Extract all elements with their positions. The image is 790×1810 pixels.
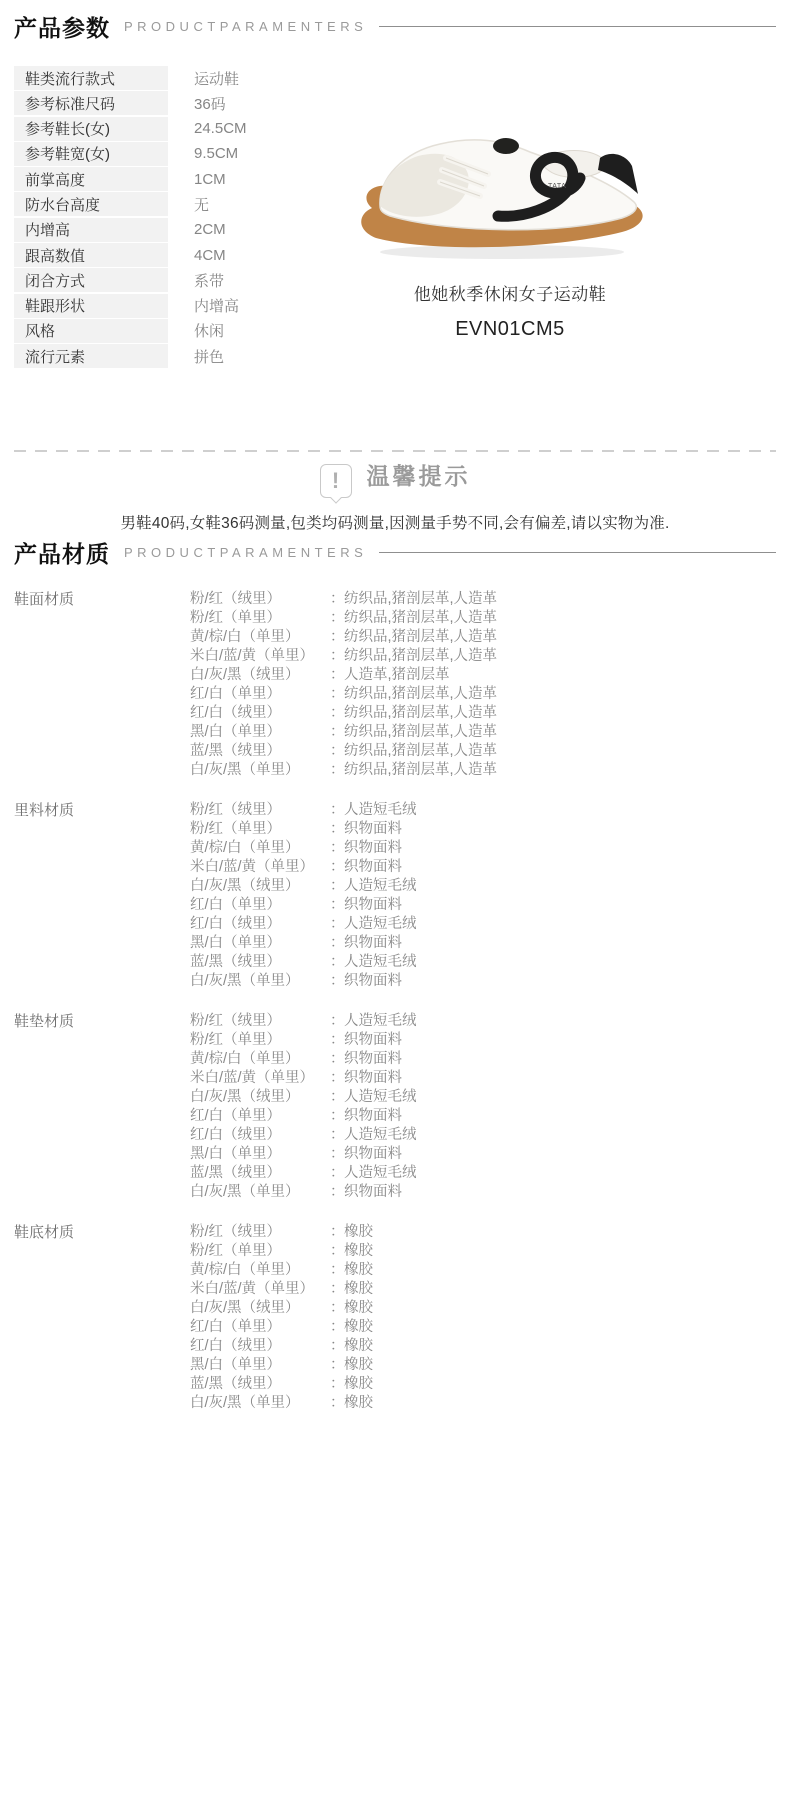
- colon-separator: ：: [330, 761, 344, 780]
- param-value: 24.5CM: [194, 117, 247, 141]
- material-colorway: 黑/白（单里）: [190, 1356, 330, 1375]
- material-rows: 粉/红（绒里） ： 橡胶 粉/红（单里） ： 橡胶 黄/棕/白（单里）: [190, 1223, 790, 1413]
- colon-separator: ：: [330, 1012, 344, 1031]
- colon-separator: ：: [330, 1069, 344, 1088]
- material-value: 织物面料: [344, 1183, 402, 1202]
- param-label: 参考鞋长(女): [14, 117, 168, 141]
- colon-separator: ：: [330, 877, 344, 896]
- speech-bubble-tail: [330, 492, 341, 503]
- material-colorway: 白/灰/黑（绒里）: [190, 1088, 330, 1107]
- params-section-title: 产品参数: [14, 10, 110, 43]
- material-value: 织物面料: [344, 896, 402, 915]
- param-value: 1CM: [194, 167, 226, 191]
- material-colorway: 米白/蓝/黄（单里）: [190, 647, 330, 666]
- param-row: 流行元素 拼色: [14, 344, 500, 368]
- material-colorway: 红/白（绒里）: [190, 704, 330, 723]
- material-colorway: 红/白（绒里）: [190, 915, 330, 934]
- colon-separator: ：: [330, 723, 344, 742]
- material-row: 红/白（绒里） ： 人造短毛绒: [190, 915, 790, 934]
- material-colorway: 白/灰/黑（单里）: [190, 761, 330, 780]
- param-value: 拼色: [194, 344, 224, 368]
- material-row: 蓝/黑（绒里） ： 纺织品,猪剖层革,人造革: [190, 742, 790, 761]
- material-colorway: 粉/红（绒里）: [190, 590, 330, 609]
- colon-separator: ：: [330, 1126, 344, 1145]
- material-rows: 粉/红（绒里） ： 人造短毛绒 粉/红（单里） ： 织物面料 黄/棕/白（单里）: [190, 801, 790, 991]
- colon-separator: ：: [330, 915, 344, 934]
- param-value: 36码: [194, 91, 226, 115]
- colon-separator: ：: [330, 1031, 344, 1050]
- param-value: 9.5CM: [194, 142, 238, 166]
- colon-separator: ：: [330, 1280, 344, 1299]
- material-value: 纺织品,猪剖层革,人造革: [344, 704, 497, 723]
- colon-separator: ：: [330, 1088, 344, 1107]
- material-row: 粉/红（绒里） ： 人造短毛绒: [190, 1012, 790, 1031]
- material-value: 织物面料: [344, 934, 402, 953]
- material-value: 纺织品,猪剖层革,人造革: [344, 742, 497, 761]
- colon-separator: ：: [330, 1337, 344, 1356]
- colon-separator: ：: [330, 1050, 344, 1069]
- colon-separator: ：: [330, 1394, 344, 1413]
- material-row: 黑/白（单里） ： 纺织品,猪剖层革,人造革: [190, 723, 790, 742]
- material-value: 纺织品,猪剖层革,人造革: [344, 590, 497, 609]
- header-rule-line: [379, 552, 776, 553]
- material-colorway: 蓝/黑（绒里）: [190, 742, 330, 761]
- material-row: 蓝/黑（绒里） ： 人造短毛绒: [190, 1164, 790, 1183]
- param-value: 内增高: [194, 294, 239, 318]
- material-row: 黄/棕/白（单里） ： 织物面料: [190, 839, 790, 858]
- exclamation-glyph: !: [332, 468, 339, 493]
- material-colorway: 粉/红（单里）: [190, 609, 330, 628]
- material-value: 人造短毛绒: [344, 1012, 417, 1031]
- material-rows: 粉/红（绒里） ： 人造短毛绒 粉/红（单里） ： 织物面料 黄/棕/白（单里）: [190, 1012, 790, 1202]
- material-colorway: 白/灰/黑（绒里）: [190, 1299, 330, 1318]
- material-colorway: 红/白（单里）: [190, 896, 330, 915]
- material-value: 纺织品,猪剖层革,人造革: [344, 723, 497, 742]
- shoe-brand-mark: TATA: [548, 183, 566, 190]
- material-row: 红/白（绒里） ： 橡胶: [190, 1337, 790, 1356]
- material-value: 橡胶: [344, 1280, 373, 1299]
- material-row: 黑/白（单里） ： 织物面料: [190, 934, 790, 953]
- material-value: 人造短毛绒: [344, 1088, 417, 1107]
- param-value: 4CM: [194, 243, 226, 267]
- material-row: 粉/红（单里） ： 织物面料: [190, 820, 790, 839]
- material-colorway: 米白/蓝/黄（单里）: [190, 858, 330, 877]
- colon-separator: ：: [330, 590, 344, 609]
- material-value: 橡胶: [344, 1299, 373, 1318]
- material-colorway: 黑/白（单里）: [190, 934, 330, 953]
- materials-section-header: 产品材质 PRODUCTPARAMENTERS: [0, 536, 790, 569]
- material-value: 人造短毛绒: [344, 1164, 417, 1183]
- material-value: 织物面料: [344, 972, 402, 991]
- material-value: 橡胶: [344, 1375, 373, 1394]
- colon-separator: ：: [330, 1318, 344, 1337]
- material-row: 粉/红（绒里） ： 橡胶: [190, 1223, 790, 1242]
- params-section-subtitle: PRODUCTPARAMENTERS: [124, 19, 367, 34]
- param-label: 流行元素: [14, 344, 168, 368]
- colon-separator: ：: [330, 1145, 344, 1164]
- tips-header: ! 温馨提示: [320, 458, 471, 498]
- colon-separator: ：: [330, 1299, 344, 1318]
- material-colorway: 红/白（绒里）: [190, 1337, 330, 1356]
- header-rule-line: [379, 26, 776, 27]
- material-value: 织物面料: [344, 1107, 402, 1126]
- colon-separator: ：: [330, 972, 344, 991]
- material-row: 蓝/黑（绒里） ： 橡胶: [190, 1375, 790, 1394]
- param-value: 无: [194, 192, 209, 216]
- param-label: 鞋跟形状: [14, 294, 168, 318]
- product-materials-section: 产品材质 PRODUCTPARAMENTERS 鞋面材质 粉/红（绒里） ： 纺…: [0, 536, 790, 1434]
- param-label: 闭合方式: [14, 268, 168, 292]
- params-body: 鞋类流行款式 运动鞋 参考标准尺码 36码 参考鞋长(女) 24.5CM: [0, 66, 790, 371]
- material-row: 白/灰/黑（绒里） ： 橡胶: [190, 1299, 790, 1318]
- material-row: 白/灰/黑（绒里） ： 人造革,猪剖层革: [190, 666, 790, 685]
- materials-section-title: 产品材质: [14, 536, 110, 569]
- colon-separator: ：: [330, 1183, 344, 1202]
- param-label: 跟高数值: [14, 243, 168, 267]
- material-colorway: 红/白（单里）: [190, 685, 330, 704]
- material-colorway: 蓝/黑（绒里）: [190, 1375, 330, 1394]
- material-colorway: 白/灰/黑（单里）: [190, 1183, 330, 1202]
- colon-separator: ：: [330, 953, 344, 972]
- material-value: 橡胶: [344, 1337, 373, 1356]
- material-group-upper: 鞋面材质 粉/红（绒里） ： 纺织品,猪剖层革,人造革 粉/红（单里） ：: [0, 590, 790, 780]
- material-group-name: 里料材质: [14, 801, 190, 991]
- material-row: 白/灰/黑（单里） ： 纺织品,猪剖层革,人造革: [190, 761, 790, 780]
- params-section-header: 产品参数 PRODUCTPARAMENTERS: [0, 0, 790, 43]
- material-value: 织物面料: [344, 820, 402, 839]
- material-colorway: 米白/蓝/黄（单里）: [190, 1280, 330, 1299]
- material-groups: 鞋面材质 粉/红（绒里） ： 纺织品,猪剖层革,人造革 粉/红（单里） ：: [0, 590, 790, 1413]
- material-value: 橡胶: [344, 1356, 373, 1375]
- material-row: 黑/白（单里） ： 织物面料: [190, 1145, 790, 1164]
- colon-separator: ：: [330, 839, 344, 858]
- material-value: 织物面料: [344, 1031, 402, 1050]
- material-row: 红/白（绒里） ： 纺织品,猪剖层革,人造革: [190, 704, 790, 723]
- param-label: 前掌高度: [14, 167, 168, 191]
- material-row: 红/白（单里） ： 橡胶: [190, 1318, 790, 1337]
- material-row: 黑/白（单里） ： 橡胶: [190, 1356, 790, 1375]
- material-row: 白/灰/黑（绒里） ： 人造短毛绒: [190, 877, 790, 896]
- material-colorway: 粉/红（绒里）: [190, 1223, 330, 1242]
- material-colorway: 米白/蓝/黄（单里）: [190, 1069, 330, 1088]
- material-colorway: 红/白（绒里）: [190, 1126, 330, 1145]
- colon-separator: ：: [330, 685, 344, 704]
- material-group-name: 鞋垫材质: [14, 1012, 190, 1202]
- colon-separator: ：: [330, 609, 344, 628]
- material-value: 纺织品,猪剖层革,人造革: [344, 647, 497, 666]
- material-value: 纺织品,猪剖层革,人造革: [344, 628, 497, 647]
- material-colorway: 白/灰/黑（单里）: [190, 972, 330, 991]
- material-colorway: 粉/红（绒里）: [190, 1012, 330, 1031]
- material-row: 白/灰/黑（单里） ： 织物面料: [190, 972, 790, 991]
- material-row: 米白/蓝/黄（单里） ： 纺织品,猪剖层革,人造革: [190, 647, 790, 666]
- material-value: 织物面料: [344, 858, 402, 877]
- material-value: 人造短毛绒: [344, 877, 417, 896]
- material-rows: 粉/红（绒里） ： 纺织品,猪剖层革,人造革 粉/红（单里） ： 纺织品,猪剖层…: [190, 590, 790, 780]
- material-colorway: 白/灰/黑（单里）: [190, 1394, 330, 1413]
- material-group-insole: 鞋垫材质 粉/红（绒里） ： 人造短毛绒 粉/红（单里） ： 织物面料: [0, 1012, 790, 1202]
- param-row: 鞋类流行款式 运动鞋: [14, 66, 500, 90]
- material-value: 纺织品,猪剖层革,人造革: [344, 685, 497, 704]
- material-row: 粉/红（单里） ： 橡胶: [190, 1242, 790, 1261]
- material-colorway: 黄/棕/白（单里）: [190, 628, 330, 647]
- material-value: 橡胶: [344, 1223, 373, 1242]
- material-value: 人造短毛绒: [344, 915, 417, 934]
- param-value: 2CM: [194, 218, 226, 242]
- material-row: 米白/蓝/黄（单里） ： 织物面料: [190, 1069, 790, 1088]
- tips-title: 温馨提示: [367, 458, 471, 491]
- material-row: 蓝/黑（绒里） ： 人造短毛绒: [190, 953, 790, 972]
- material-row: 红/白（单里） ： 织物面料: [190, 1107, 790, 1126]
- material-colorway: 白/灰/黑（绒里）: [190, 877, 330, 896]
- product-shoe-image: TATA: [350, 96, 670, 264]
- material-group-name: 鞋底材质: [14, 1223, 190, 1413]
- colon-separator: ：: [330, 1223, 344, 1242]
- colon-separator: ：: [330, 858, 344, 877]
- material-row: 粉/红（绒里） ： 纺织品,猪剖层革,人造革: [190, 590, 790, 609]
- colon-separator: ：: [330, 647, 344, 666]
- colon-separator: ：: [330, 896, 344, 915]
- param-label: 风格: [14, 319, 168, 343]
- colon-separator: ：: [330, 801, 344, 820]
- material-value: 人造短毛绒: [344, 801, 417, 820]
- material-value: 织物面料: [344, 839, 402, 858]
- material-row: 红/白（绒里） ： 人造短毛绒: [190, 1126, 790, 1145]
- param-value: 休闲: [194, 319, 224, 343]
- product-params-section: 产品参数 PRODUCTPARAMENTERS 鞋类流行款式 运动鞋 参考标准尺…: [0, 0, 790, 371]
- colon-separator: ：: [330, 666, 344, 685]
- material-value: 织物面料: [344, 1069, 402, 1088]
- material-colorway: 黄/棕/白（单里）: [190, 1050, 330, 1069]
- colon-separator: ：: [330, 742, 344, 761]
- material-row: 红/白（单里） ： 织物面料: [190, 896, 790, 915]
- param-label: 内增高: [14, 218, 168, 242]
- material-colorway: 红/白（单里）: [190, 1107, 330, 1126]
- param-label: 鞋类流行款式: [14, 66, 168, 90]
- material-row: 粉/红（绒里） ： 人造短毛绒: [190, 801, 790, 820]
- product-visual: TATA 他她秋季休闲女子运动鞋 EVN01CM5: [340, 96, 680, 341]
- material-row: 红/白（单里） ： 纺织品,猪剖层革,人造革: [190, 685, 790, 704]
- material-colorway: 红/白（单里）: [190, 1318, 330, 1337]
- colon-separator: ：: [330, 628, 344, 647]
- material-value: 人造短毛绒: [344, 953, 417, 972]
- material-colorway: 蓝/黑（绒里）: [190, 953, 330, 972]
- material-row: 白/灰/黑（单里） ： 织物面料: [190, 1183, 790, 1202]
- product-detail-page: 产品参数 PRODUCTPARAMENTERS 鞋类流行款式 运动鞋 参考标准尺…: [0, 0, 790, 371]
- material-row: 白/灰/黑（绒里） ： 人造短毛绒: [190, 1088, 790, 1107]
- material-colorway: 蓝/黑（绒里）: [190, 1164, 330, 1183]
- colon-separator: ：: [330, 704, 344, 723]
- colon-separator: ：: [330, 1261, 344, 1280]
- material-colorway: 粉/红（单里）: [190, 1242, 330, 1261]
- material-row: 黄/棕/白（单里） ： 橡胶: [190, 1261, 790, 1280]
- material-colorway: 黑/白（单里）: [190, 1145, 330, 1164]
- material-colorway: 粉/红（单里）: [190, 820, 330, 839]
- param-label: 参考鞋宽(女): [14, 142, 168, 166]
- material-group-name: 鞋面材质: [14, 590, 190, 780]
- material-value: 人造革,猪剖层革: [344, 666, 450, 685]
- param-value: 系带: [194, 268, 224, 292]
- material-row: 粉/红（单里） ： 织物面料: [190, 1031, 790, 1050]
- material-row: 粉/红（单里） ： 纺织品,猪剖层革,人造革: [190, 609, 790, 628]
- colon-separator: ：: [330, 820, 344, 839]
- colon-separator: ：: [330, 1242, 344, 1261]
- colon-separator: ：: [330, 1375, 344, 1394]
- material-group-outsole: 鞋底材质 粉/红（绒里） ： 橡胶 粉/红（单里） ： 橡胶: [0, 1223, 790, 1413]
- material-value: 人造短毛绒: [344, 1126, 417, 1145]
- param-label: 参考标准尺码: [14, 91, 168, 115]
- material-row: 白/灰/黑（单里） ： 橡胶: [190, 1394, 790, 1413]
- product-name: 他她秋季休闲女子运动鞋: [340, 280, 680, 305]
- dashed-divider: [14, 450, 776, 452]
- colon-separator: ：: [330, 1107, 344, 1126]
- material-colorway: 黄/棕/白（单里）: [190, 839, 330, 858]
- colon-separator: ：: [330, 1356, 344, 1375]
- material-row: 米白/蓝/黄（单里） ： 织物面料: [190, 858, 790, 877]
- material-row: 米白/蓝/黄（单里） ： 橡胶: [190, 1280, 790, 1299]
- exclamation-icon: !: [320, 464, 352, 498]
- material-value: 织物面料: [344, 1050, 402, 1069]
- materials-section-subtitle: PRODUCTPARAMENTERS: [124, 545, 367, 560]
- product-model: EVN01CM5: [340, 318, 680, 341]
- material-value: 纺织品,猪剖层革,人造革: [344, 609, 497, 628]
- material-value: 橡胶: [344, 1318, 373, 1337]
- tips-section: ! 温馨提示 男鞋40码,女鞋36码测量,包类均码测量,因测量手势不同,会有偏差…: [0, 458, 790, 533]
- param-label: 防水台高度: [14, 192, 168, 216]
- material-value: 织物面料: [344, 1145, 402, 1164]
- material-value: 橡胶: [344, 1261, 373, 1280]
- param-value: 运动鞋: [194, 66, 239, 90]
- material-colorway: 粉/红（单里）: [190, 1031, 330, 1050]
- material-colorway: 黑/白（单里）: [190, 723, 330, 742]
- colon-separator: ：: [330, 934, 344, 953]
- material-group-lining: 里料材质 粉/红（绒里） ： 人造短毛绒 粉/红（单里） ： 织物面料: [0, 801, 790, 991]
- colon-separator: ：: [330, 1164, 344, 1183]
- material-colorway: 粉/红（绒里）: [190, 801, 330, 820]
- material-value: 橡胶: [344, 1242, 373, 1261]
- material-row: 黄/棕/白（单里） ： 纺织品,猪剖层革,人造革: [190, 628, 790, 647]
- material-colorway: 黄/棕/白（单里）: [190, 1261, 330, 1280]
- material-colorway: 白/灰/黑（绒里）: [190, 666, 330, 685]
- material-value: 橡胶: [344, 1394, 373, 1413]
- material-row: 黄/棕/白（单里） ： 织物面料: [190, 1050, 790, 1069]
- tips-text: 男鞋40码,女鞋36码测量,包类均码测量,因测量手势不同,会有偏差,请以实物为准…: [0, 511, 790, 533]
- material-value: 纺织品,猪剖层革,人造革: [344, 761, 497, 780]
